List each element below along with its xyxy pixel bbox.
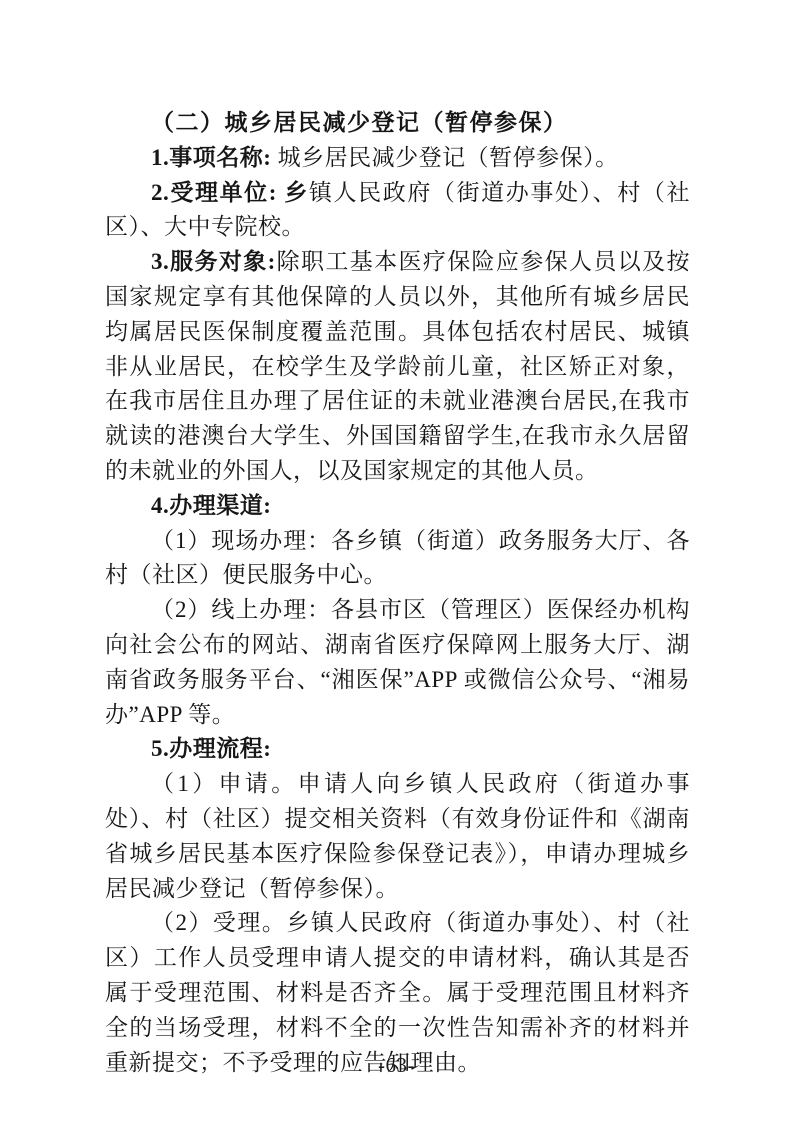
paragraph-label: 4.办理渠道: [151, 493, 271, 518]
paragraph-process-apply: （1）申请。申请人向乡镇人民政府（街道办事处）、村（社区）提交相关资料（有效身份… [105, 767, 690, 906]
paragraph-label: 2.受理单位: 乡 [151, 180, 309, 205]
paragraph-label: 3.服务对象: [151, 249, 276, 274]
paragraph-channel-online: （2）线上办理：各县市区（管理区）医保经办机构向社会公布的网站、湖南省医疗保障网… [105, 593, 690, 732]
paragraph-label: 1.事项名称: [151, 145, 271, 170]
section-heading: （二）城乡居民减少登记（暂停参保） [105, 106, 690, 141]
paragraph-label: 5.办理流程: [151, 736, 271, 761]
paragraph-channels-heading: 4.办理渠道: [105, 489, 690, 524]
paragraph-text: （1）申请。申请人向乡镇人民政府（街道办事处）、村（社区）提交相关资料（有效身份… [105, 771, 690, 900]
page-number: -63- [0, 1053, 793, 1078]
document-page: （二）城乡居民减少登记（暂停参保） 1.事项名称: 城乡居民减少登记（暂停参保）… [0, 0, 793, 1122]
paragraph-channel-onsite: （1）现场办理：各乡镇（街道）政务服务大厅、各村（社区）便民服务中心。 [105, 524, 690, 594]
document-content: （二）城乡居民减少登记（暂停参保） 1.事项名称: 城乡居民减少登记（暂停参保）… [105, 106, 690, 1080]
paragraph-accepting-unit: 2.受理单位: 乡镇人民政府（街道办事处）、村（社区）、大中专院校。 [105, 176, 690, 246]
paragraph-text: （2）受理。乡镇人民政府（街道办事处）、村（社区）工作人员受理申请人提交的申请材… [105, 910, 690, 1074]
paragraph-text: 除职工基本医疗保险应参保人员以及按国家规定享有其他保障的人员以外，其他所有城乡居… [105, 249, 690, 483]
paragraph-service-target: 3.服务对象:除职工基本医疗保险应参保人员以及按国家规定享有其他保障的人员以外，… [105, 245, 690, 489]
paragraph-text: （1）现场办理：各乡镇（街道）政务服务大厅、各村（社区）便民服务中心。 [105, 528, 690, 588]
paragraph-item-name: 1.事项名称: 城乡居民减少登记（暂停参保）。 [105, 141, 690, 176]
paragraph-text: 城乡居民减少登记（暂停参保）。 [271, 145, 618, 170]
paragraph-process-heading: 5.办理流程: [105, 732, 690, 767]
paragraph-text: （2）线上办理：各县市区（管理区）医保经办机构向社会公布的网站、湖南省医疗保障网… [105, 597, 690, 726]
